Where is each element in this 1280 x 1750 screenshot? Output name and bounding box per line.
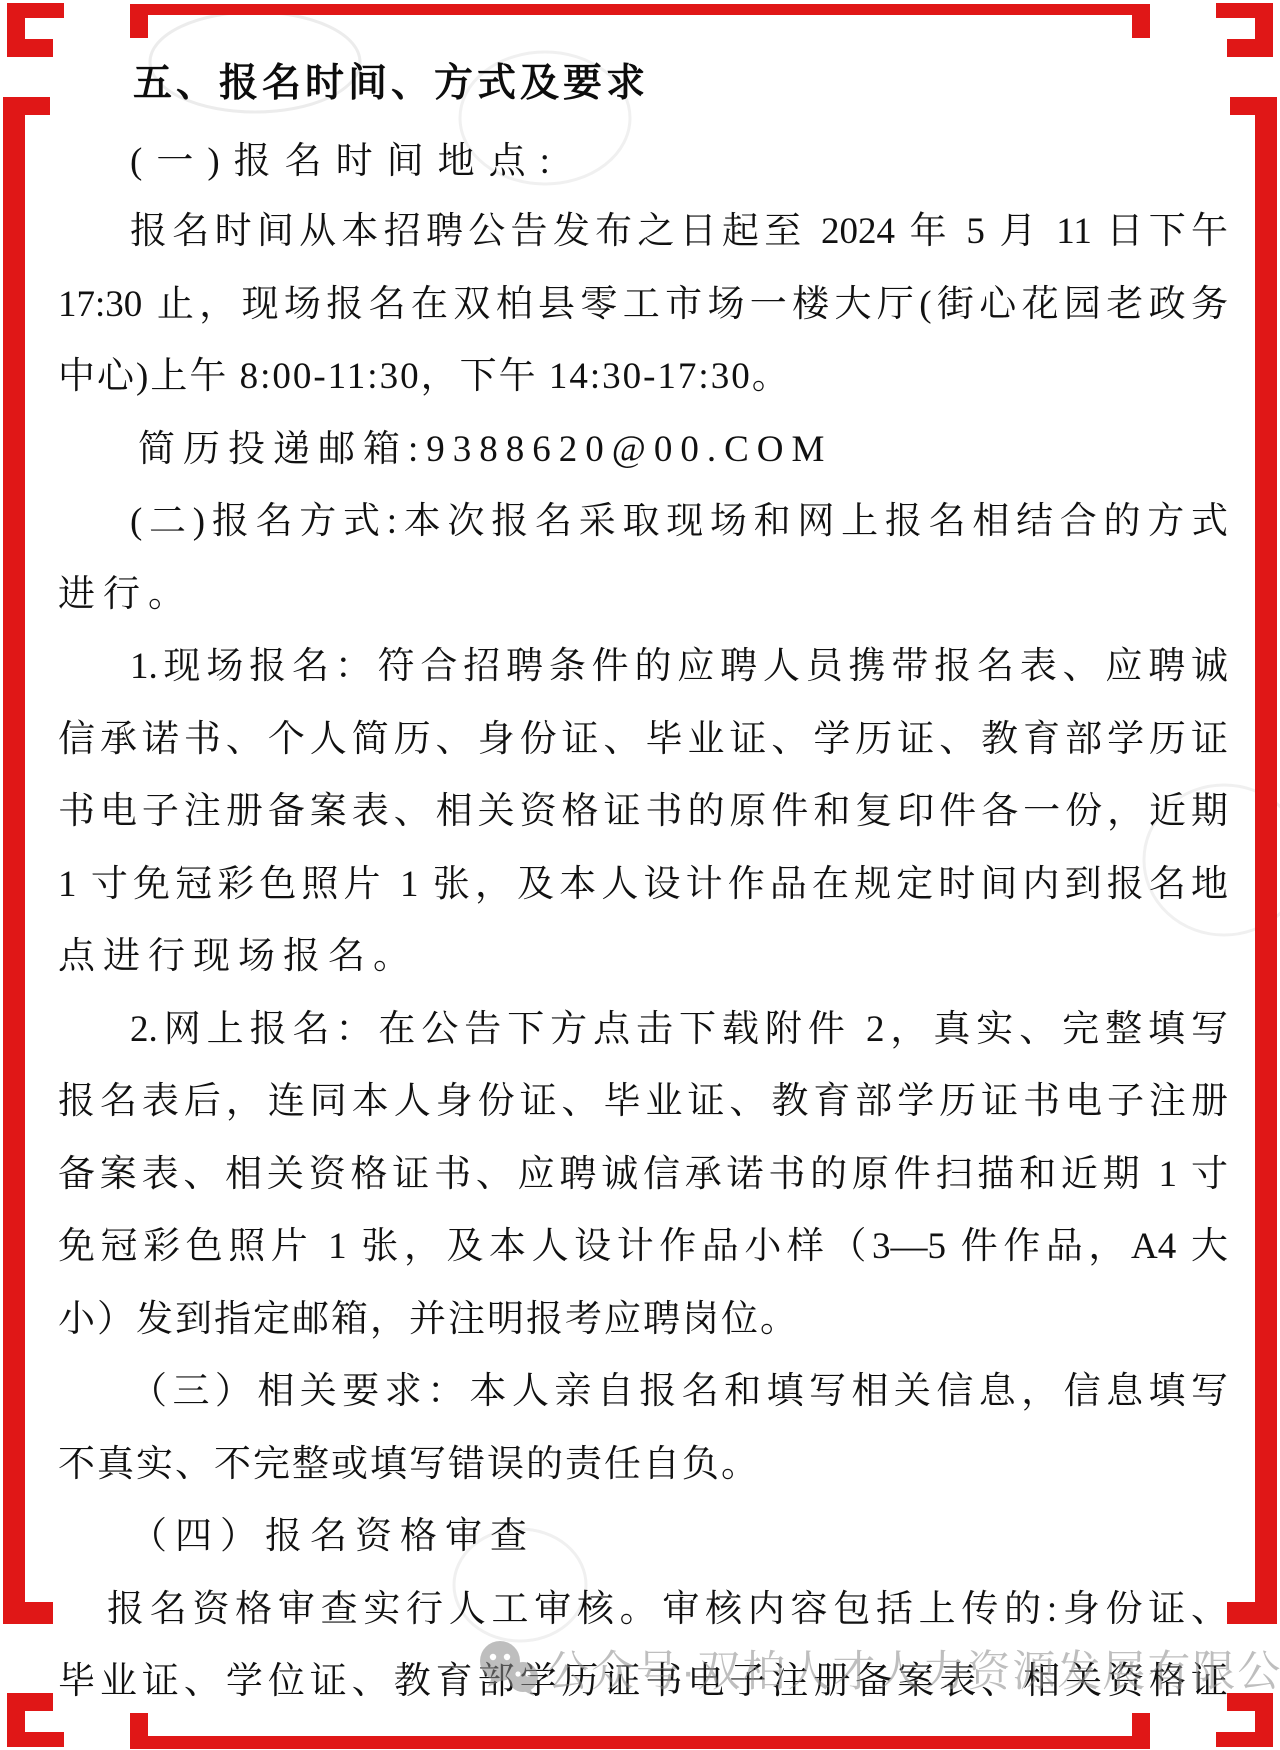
doc-line: 报名资格审查实行人工审核。审核内容包括上传的:身份证、 — [107, 1586, 1228, 1638]
left-border-rule — [3, 97, 53, 1624]
doc-line: 小）发到指定邮箱，并注明报考应聘岗位。 — [58, 1296, 1228, 1348]
announcement-page: 五、报名时间、方式及要求 (一)报名时间地点: 报名时间从本招聘公告发布之日起至… — [0, 0, 1280, 1750]
doc-line: （四）报名资格审查 — [130, 1513, 535, 1565]
wechat-watermark: 公众号·双柏人才人力资源发展有限公司 — [478, 1636, 1280, 1700]
bottom-border-rule — [130, 1713, 1150, 1749]
doc-line: 1.现场报名：符合招聘条件的应聘人员携带报名表、应聘诚 — [130, 643, 1228, 695]
corner-ornament-bottom-left — [7, 1693, 64, 1747]
doc-line: 点进行现场报名。 — [58, 933, 1228, 985]
doc-line: 书电子注册备案表、相关资格证书的原件和复印件各一份，近期 — [58, 788, 1228, 840]
doc-line: 2.网上报名：在公告下方点击下载附件 2，真实、完整填写 — [130, 1006, 1228, 1058]
doc-line: 备案表、相关资格证书、应聘诚信承诺书的原件扫描和近期 1 寸 — [58, 1151, 1228, 1203]
section-title: 五、报名时间、方式及要求 — [133, 52, 649, 108]
doc-line: 简历投递邮箱:9388620@00.COM — [138, 426, 832, 478]
doc-line: (二)报名方式:本次报名采取现场和网上报名相结合的方式 — [130, 498, 1228, 550]
doc-line: 17:30 止，现场报名在双柏县零工市场一楼大厅(街心花园老政务 — [58, 281, 1228, 333]
doc-line: （三）相关要求：本人亲自报名和填写相关信息，信息填写 — [130, 1368, 1228, 1420]
corner-ornament-top-left — [7, 3, 64, 57]
corner-ornament-top-right — [1216, 3, 1273, 57]
doc-line: 中心)上午 8:00-11:30，下午 14:30-17:30。 — [58, 353, 1228, 405]
doc-line: 1 寸免冠彩色照片 1 张，及本人设计作品在规定时间内到报名地 — [58, 861, 1228, 913]
watermark-text: 公众号·双柏人才人力资源发展有限公司 — [546, 1638, 1280, 1699]
top-border-rule — [130, 4, 1150, 38]
right-border-rule — [1227, 97, 1277, 1624]
doc-line: 信承诺书、个人简历、身份证、毕业证、学历证、教育部学历证 — [58, 716, 1228, 768]
doc-line: 报名表后，连同本人身份证、毕业证、教育部学历证书电子注册 — [58, 1078, 1228, 1130]
doc-line: 不真实、不完整或填写错误的责任自负。 — [58, 1441, 1228, 1493]
doc-line: (一)报名时间地点: — [130, 138, 564, 190]
wechat-icon — [478, 1639, 540, 1697]
doc-line: 免冠彩色照片 1 张，及本人设计作品小样（3—5 件作品，A4 大 — [58, 1223, 1228, 1275]
doc-line: 进行。 — [58, 571, 1228, 623]
doc-line: 报名时间从本招聘公告发布之日起至 2024 年 5 月 11 日下午 — [130, 208, 1228, 260]
